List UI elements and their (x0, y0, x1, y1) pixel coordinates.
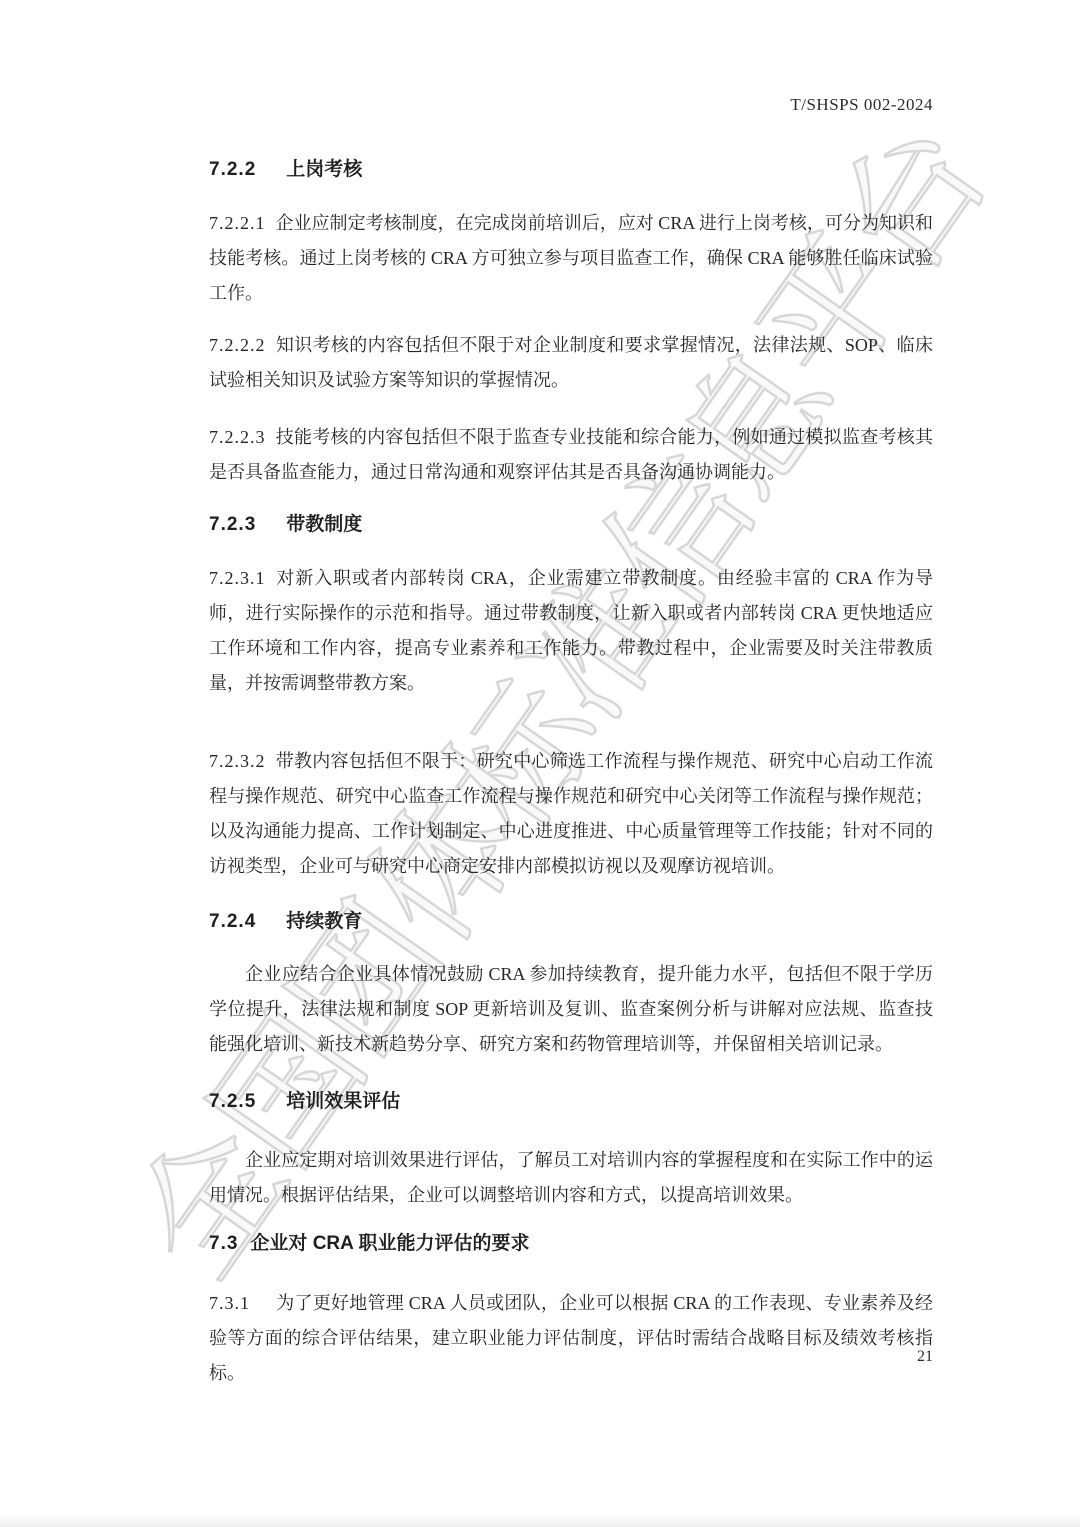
paragraph-number: 7.3.1 (209, 1293, 250, 1313)
paragraph-7-3-1: 7.3.1为了更好地管理 CRA 人员或团队，企业可以根据 CRA 的工作表现、… (209, 1286, 933, 1391)
paragraph-continuing-education: 企业应结合企业具体情况鼓励 CRA 参加持续教育，提升能力水平，包括但不限于学历… (209, 957, 933, 1062)
section-number: 7.3 (209, 1233, 238, 1254)
document-page: 全国团体标准信息平台 T/SHSPS 002-2024 7.2.2上岗考核 7.… (0, 0, 1080, 1527)
paragraph-text: 对新入职或者内部转岗 CRA，企业需建立带教制度。由经验丰富的 CRA 作为导师… (209, 568, 933, 693)
paragraph-number: 7.2.2.3 (209, 427, 266, 447)
paragraph-text: 企业应制定考核制度，在完成岗前培训后，应对 CRA 进行上岗考核，可分为知识和技… (209, 213, 933, 303)
paragraph-7-2-3-1: 7.2.3.1对新入职或者内部转岗 CRA，企业需建立带教制度。由经验丰富的 C… (209, 561, 933, 701)
paragraph-7-2-3-2: 7.2.3.2带教内容包括但不限于：研究中心筛选工作流程与操作规范、研究中心启动… (209, 744, 933, 884)
paragraph-text: 知识考核的内容包括但不限于对企业制度和要求掌握情况，法律法规、SOP、临床试验相… (209, 335, 933, 390)
section-title: 持续教育 (286, 911, 362, 932)
page-number: 21 (209, 1348, 933, 1366)
section-title: 企业对 CRA 职业能力评估的要求 (250, 1233, 529, 1254)
paragraph-text: 技能考核的内容包括但不限于监查专业技能和综合能力，例如通过模拟监查考核其是否具备… (209, 427, 933, 482)
section-heading-7-3: 7.3企业对 CRA 职业能力评估的要求 (209, 1233, 933, 1255)
paragraph-text: 带教内容包括但不限于：研究中心筛选工作流程与操作规范、研究中心启动工作流程与操作… (209, 751, 933, 876)
section-heading-7-2-3: 7.2.3带教制度 (209, 514, 933, 536)
section-number: 7.2.3 (209, 514, 256, 535)
section-title: 上岗考核 (286, 159, 362, 180)
paragraph-training-evaluation: 企业应定期对培训效果进行评估，了解员工对培训内容的掌握程度和在实际工作中的运用情… (209, 1143, 933, 1213)
section-title: 带教制度 (286, 514, 362, 535)
paragraph-number: 7.2.3.1 (209, 568, 266, 588)
paragraph-number: 7.2.2.2 (209, 335, 266, 355)
section-heading-7-2-2: 7.2.2上岗考核 (209, 159, 933, 181)
section-title: 培训效果评估 (286, 1091, 400, 1112)
paragraph-text: 企业应定期对培训效果进行评估，了解员工对培训内容的掌握程度和在实际工作中的运用情… (209, 1150, 933, 1205)
section-heading-7-2-4: 7.2.4持续教育 (209, 911, 933, 933)
paragraph-number: 7.2.3.2 (209, 751, 266, 771)
paragraph-text: 为了更好地管理 CRA 人员或团队，企业可以根据 CRA 的工作表现、专业素养及… (209, 1293, 933, 1383)
section-number: 7.2.4 (209, 911, 256, 932)
paragraph-7-2-2-3: 7.2.2.3技能考核的内容包括但不限于监查专业技能和综合能力，例如通过模拟监查… (209, 420, 933, 490)
paragraph-text: 企业应结合企业具体情况鼓励 CRA 参加持续教育，提升能力水平，包括但不限于学历… (209, 964, 933, 1054)
standard-code-header: T/SHSPS 002-2024 (209, 95, 933, 115)
paragraph-number: 7.2.2.1 (209, 213, 266, 233)
content-layer: T/SHSPS 002-2024 7.2.2上岗考核 7.2.2.1企业应制定考… (0, 0, 1080, 1527)
section-number: 7.2.2 (209, 159, 256, 180)
scan-artifact-bottom-edge (0, 1515, 1080, 1527)
section-number: 7.2.5 (209, 1091, 256, 1112)
section-heading-7-2-5: 7.2.5培训效果评估 (209, 1091, 933, 1113)
paragraph-7-2-2-1: 7.2.2.1企业应制定考核制度，在完成岗前培训后，应对 CRA 进行上岗考核，… (209, 206, 933, 311)
paragraph-7-2-2-2: 7.2.2.2知识考核的内容包括但不限于对企业制度和要求掌握情况，法律法规、SO… (209, 328, 933, 398)
